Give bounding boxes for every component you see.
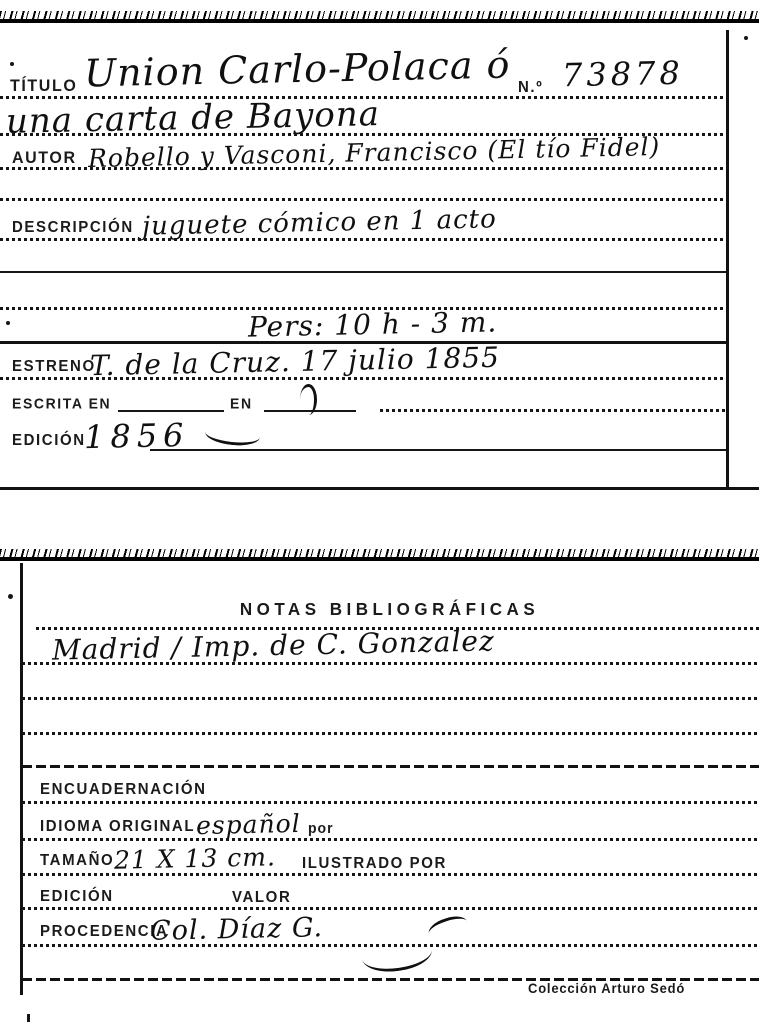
notas-handwritten: Madrid / Imp. de C. Gonzalez [52, 627, 495, 664]
scanned-catalog-card-page: TÍTULO Union Carlo-Polaca ó N.º 73878 un… [0, 0, 759, 1028]
ruled-line [22, 873, 759, 876]
ruled-line [380, 409, 726, 412]
torn-edge-top-card [0, 11, 759, 25]
numero-handwritten: 73878 [562, 57, 684, 92]
card-left-border [20, 563, 23, 995]
edicion-label: EDICIÓN [12, 432, 86, 450]
escrita-en-label: ESCRITA EN [12, 395, 111, 412]
ilustrado-por-label: ILUSTRADO POR [302, 855, 447, 873]
descripcion-label: DESCRIPCIÓN [12, 219, 134, 237]
stray-pen-mark [300, 384, 317, 415]
tamano-handwritten: 21 X 13 cm. [114, 844, 276, 872]
edicion-handwritten: 1856 [84, 419, 190, 453]
scan-speck [744, 36, 748, 40]
blank-line [118, 410, 224, 412]
scan-speck [8, 594, 13, 599]
titulo-handwritten: Union Carlo-Polaca ó [84, 46, 511, 93]
torn-edge-bottom-card [0, 549, 759, 563]
ruled-line [0, 238, 726, 241]
ruled-line [22, 944, 759, 947]
titulo-label: TÍTULO [10, 78, 77, 97]
tamano-label: TAMAÑO [40, 852, 114, 870]
autor-handwritten: Robello y Vasconi, Francisco (El tío Fid… [88, 134, 661, 171]
card-right-border [726, 30, 729, 487]
ruled-line [0, 198, 726, 201]
ruled-line [0, 377, 726, 380]
ruled-line [22, 732, 759, 735]
estreno-handwritten: T. de la Cruz. 17 julio 1855 [90, 344, 500, 381]
edicion2-label: EDICIÓN [40, 888, 114, 906]
notas-heading: NOTAS BIBLIOGRÁFICAS [20, 600, 759, 621]
valor-label: VALOR [232, 889, 291, 907]
pen-flourish [360, 933, 434, 975]
card-bottom-border [0, 487, 759, 490]
descripcion-handwritten: juguete cómico en 1 acto [142, 206, 497, 239]
ruled-line [0, 167, 726, 170]
por-label: por [308, 820, 334, 837]
ruled-line [22, 697, 759, 700]
numero-label: N.º [518, 79, 543, 97]
encuadernacion-label: ENCUADERNACIÓN [40, 781, 207, 799]
ruled-line [150, 449, 726, 451]
ruled-line [0, 271, 726, 273]
en-label: EN [230, 395, 253, 412]
pen-flourish [426, 912, 470, 942]
idioma-handwritten: español [196, 811, 301, 838]
scan-speck [10, 62, 14, 66]
ruled-line [22, 907, 759, 910]
scan-speck [27, 1014, 30, 1022]
ruled-line [22, 801, 759, 804]
estreno-label: ESTRENO [12, 358, 96, 376]
ruled-line [22, 838, 759, 841]
ruled-line [22, 662, 759, 665]
idioma-original-label: IDIOMA ORIGINAL [40, 818, 195, 836]
autor-label: AUTOR [12, 150, 77, 169]
scan-speck [6, 321, 10, 325]
stray-pen-mark [204, 421, 261, 448]
collection-stamp: Colección Arturo Sedó [528, 981, 685, 997]
procedencia-handwritten: Col. Díaz G. [150, 914, 324, 945]
personajes-handwritten: Pers: 10 h - 3 m. [248, 308, 498, 341]
ruled-line [22, 765, 759, 768]
